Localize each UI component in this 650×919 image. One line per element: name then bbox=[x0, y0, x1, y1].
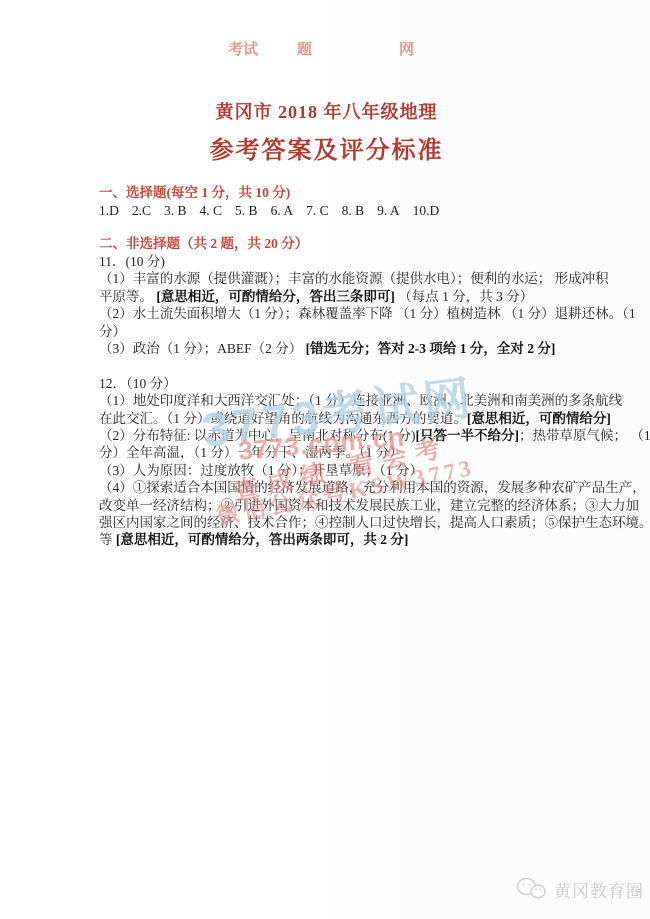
question-12-line: 改变单一经济结构；②引进外国资本和技术发展民族工业，建立完整的经济体系；③大力加 bbox=[99, 497, 554, 514]
footer-brand-name: 黄冈教育圈 bbox=[554, 877, 644, 902]
section-heading-non-choice: 二、非选择题（共 2 题，共 20 分） bbox=[99, 235, 554, 253]
answers-row: 1.D 2.C 3. B 4. C 5. B 6. A 7. C 8. B 9.… bbox=[99, 202, 554, 220]
question-12-line: （1）地处印度洋和大西洋交汇处；（1 分）连接亚洲、欧洲、北美洲和南美洲的多条航… bbox=[99, 392, 554, 409]
scanned-answer-key-page: { "page_titles": { "line1": "黄冈市 2018 年八… bbox=[0, 0, 650, 919]
question-12-number: 12．（10 分） bbox=[99, 375, 554, 392]
question-11-number: 11．(10 分) bbox=[99, 253, 554, 270]
question-11-line: （1）丰富的水源（提供灌溉）；丰富的水能资源（提供水电）；便利的水运； 形成冲积 bbox=[99, 270, 554, 287]
question-12-line: （3）人为原因：过度放牧（1 分）；开垦草原；（1 分） bbox=[99, 462, 554, 479]
question-12-line: 强区内国家之间的经济、技术合作；④控制人口过快增长，提高人口素质；⑤保护生态环境… bbox=[99, 514, 554, 531]
answer-item: 3. B bbox=[164, 202, 187, 220]
red-watermark-top-fragment: 题 bbox=[297, 38, 312, 59]
question-12-line: 等 [意思相近，可酌情给分，答出两条即可，共 2 分] bbox=[99, 531, 554, 548]
answer-item: 6. A bbox=[271, 202, 294, 220]
section-heading-multiple-choice: 一、选择题(每空 1 分，共 10 分) bbox=[99, 184, 554, 202]
document-content: 黄冈市 2018 年八年级地理 参考答案及评分标准 一、选择题(每空 1 分，共… bbox=[99, 0, 554, 549]
page-title-line1: 黄冈市 2018 年八年级地理 bbox=[99, 0, 554, 125]
answer-item: 2.C bbox=[132, 202, 151, 220]
question-12-line: 分）全年高温，（1 分）一年分干、湿两季。（1 分） bbox=[99, 444, 554, 461]
question-11-line: 平原等。 [意思相近，可酌情给分，答出三条即可] （每点 1 分，共 3 分） bbox=[99, 288, 554, 305]
question-12-line: （2）分布特征: 以赤道为中心，呈南北对称分布(1 分)[只答一半不给分]；热带… bbox=[99, 427, 554, 444]
question-12-line: 在此交汇。（1 分）或绕道好望角的航线为沟通东西方的要道。[意思相近，可酌情给分… bbox=[99, 410, 554, 427]
wechat-icon bbox=[515, 876, 547, 902]
answer-item: 7. C bbox=[306, 202, 329, 220]
question-11-line: （3）政治（1 分）；ABEF（2 分） [错选无分；答对 2-3 项给 1 分… bbox=[99, 340, 554, 357]
page-title-line2: 参考答案及评分标准 bbox=[99, 134, 554, 168]
footer-brand-block: 黄冈教育圈 bbox=[515, 876, 644, 902]
blank-line bbox=[99, 357, 554, 374]
red-watermark-top-fragment: 网 bbox=[399, 38, 414, 59]
question-11-line: （2）水土流失面积增大（1 分）；森林覆盖率下降 （1 分）植树造林 （1 分）… bbox=[99, 305, 554, 322]
answer-item: 1.D bbox=[99, 202, 119, 220]
answer-item: 9. A bbox=[377, 202, 400, 220]
answer-item: 8. B bbox=[342, 202, 365, 220]
answer-item: 5. B bbox=[235, 202, 258, 220]
question-11-line: 分） bbox=[99, 323, 554, 340]
answer-item: 10.D bbox=[413, 202, 440, 220]
red-watermark-top-fragment: 考试 bbox=[228, 38, 258, 59]
question-12-line: （4）①探索适合本国国情的经济发展道路，充分利用本国的资源，发展多种农矿产品生产… bbox=[99, 479, 554, 496]
answer-item: 4. C bbox=[200, 202, 223, 220]
